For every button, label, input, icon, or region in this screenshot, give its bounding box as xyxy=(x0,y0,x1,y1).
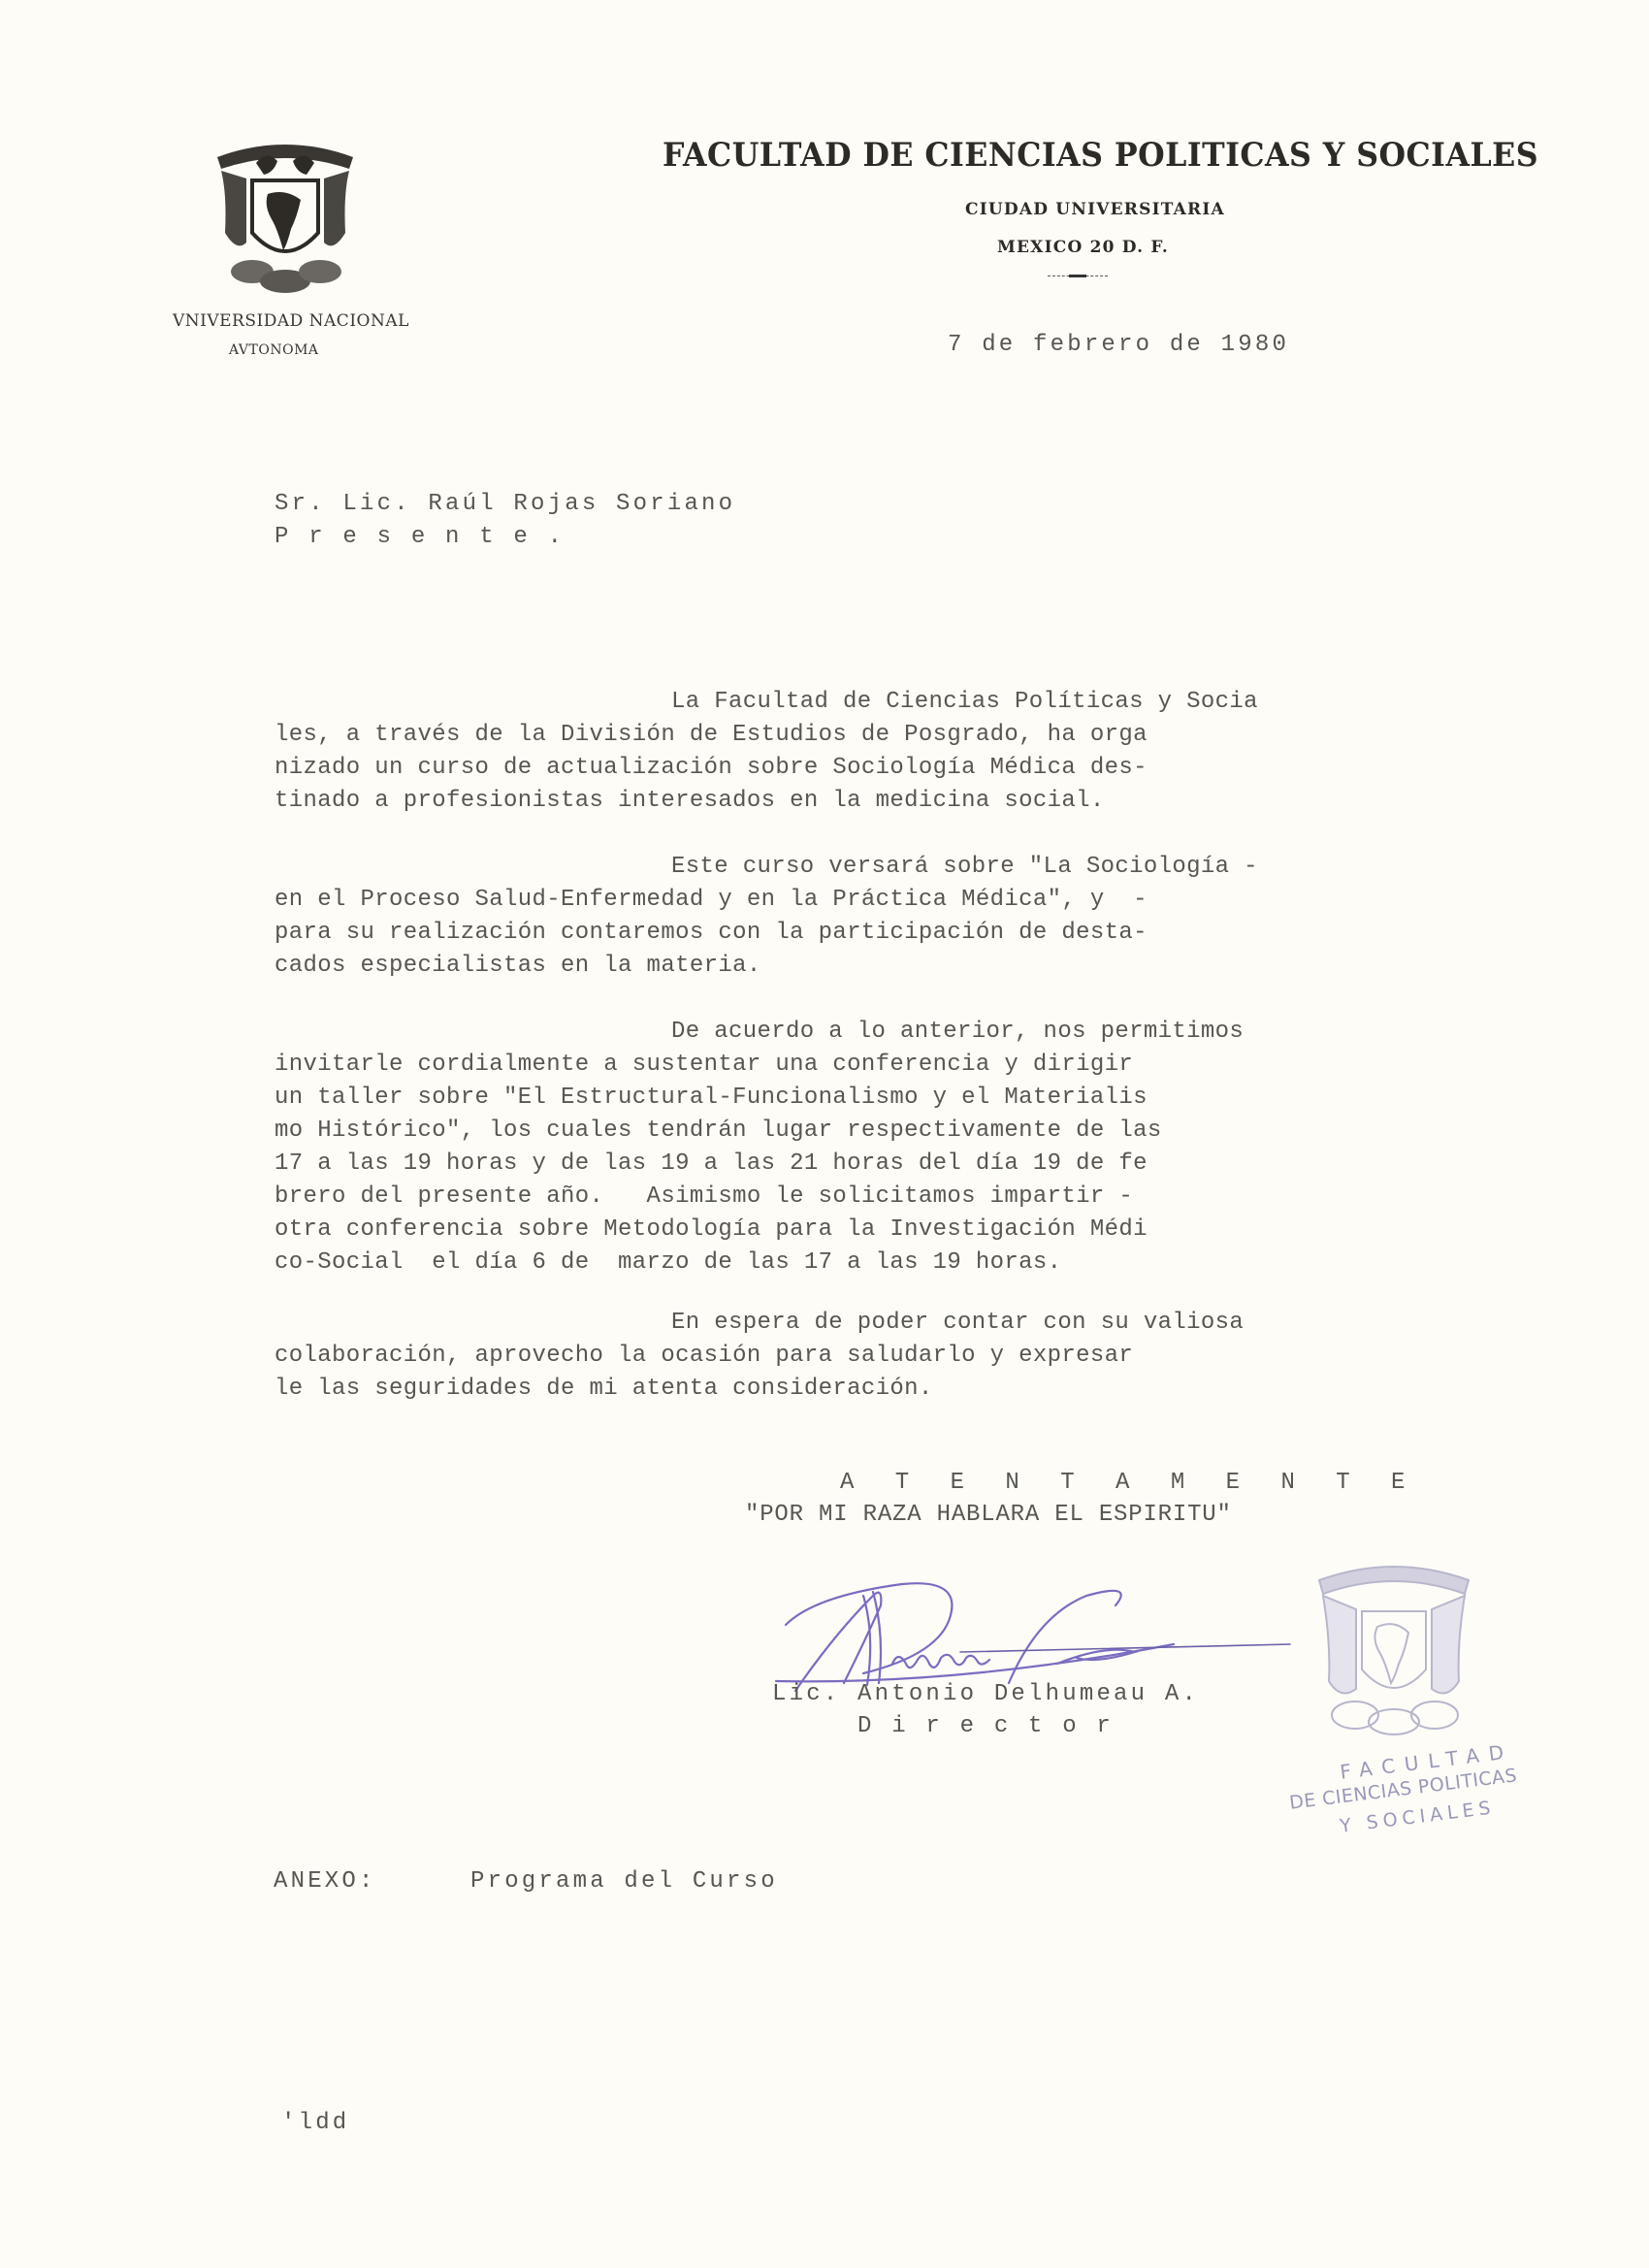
annex-value: Programa del Curso xyxy=(470,1870,778,1894)
letter-page: VNIVERSIDAD NACIONAL AVTONOMA FACULTAD D… xyxy=(0,0,1649,2268)
body-line: mo Histórico", los cuales tendrán lugar … xyxy=(275,1119,1162,1143)
faculty-title: FACULTAD DE CIENCIAS POLITICAS Y SOCIALE… xyxy=(663,136,1538,175)
faculty-seal-stamp-icon xyxy=(1311,1555,1476,1739)
body-line: Este curso versará sobre "La Sociología … xyxy=(671,856,1258,879)
body-line: invitarle cordialmente a sustentar una c… xyxy=(275,1053,1133,1077)
university-name-line1: VNIVERSIDAD NACIONAL xyxy=(173,311,409,331)
body-line: otra conferencia sobre Metodología para … xyxy=(275,1218,1148,1242)
closing-atentamente: A T E N T A M E N T E xyxy=(840,1472,1418,1495)
recipient-presente: P r e s e n t e . xyxy=(275,526,565,549)
body-line: De acuerdo a lo anterior, nos permitimos xyxy=(671,1021,1244,1044)
body-line: para su realización contaremos con la pa… xyxy=(275,922,1148,945)
body-line: La Facultad de Ciencias Políticas y Soci… xyxy=(671,691,1258,714)
body-line: le las seguridades de mi atenta consider… xyxy=(275,1377,933,1401)
header-ornament-divider xyxy=(1048,275,1108,278)
body-line: cados especialistas en la materia. xyxy=(275,955,761,978)
address-line1: CIUDAD UNIVERSITARIA xyxy=(965,200,1225,219)
signer-title: D i r e c t o r xyxy=(857,1715,1114,1738)
body-line: tinado a profesionistas interesados en l… xyxy=(275,790,1105,813)
recipient-name: Sr. Lic. Raúl Rojas Soriano xyxy=(275,493,735,516)
body-line: 17 a las 19 horas y de las 19 a las 21 h… xyxy=(275,1152,1148,1176)
closing-motto: "POR MI RAZA HABLARA EL ESPIRITU" xyxy=(745,1504,1232,1527)
body-line: en el Proceso Salud-Enfermedad y en la P… xyxy=(275,889,1148,912)
body-line: co-Social el día 6 de marzo de las 17 a … xyxy=(275,1251,1061,1275)
body-line: En espera de poder contar con su valiosa xyxy=(671,1312,1244,1335)
body-line: nizado un curso de actualización sobre S… xyxy=(275,757,1148,780)
typist-initials: 'ldd xyxy=(281,2112,349,2135)
annex-label: ANEXO: xyxy=(274,1870,376,1894)
body-line: un taller sobre "El Estructural-Funciona… xyxy=(275,1086,1148,1110)
letter-date: 7 de febrero de 1980 xyxy=(948,334,1289,357)
body-line: colaboración, aprovecho la ocasión para … xyxy=(275,1345,1133,1368)
body-line: les, a través de la División de Estudios… xyxy=(275,724,1148,747)
address-line2: MEXICO 20 D. F. xyxy=(997,238,1169,257)
signature-icon xyxy=(766,1576,1300,1693)
unam-crest-icon xyxy=(208,136,363,301)
university-name-line2: AVTONOMA xyxy=(229,342,319,358)
body-line: brero del presente año. Asimismo le soli… xyxy=(275,1185,1133,1209)
signer-name: Lic. Antonio Delhumeau A. xyxy=(772,1683,1199,1706)
